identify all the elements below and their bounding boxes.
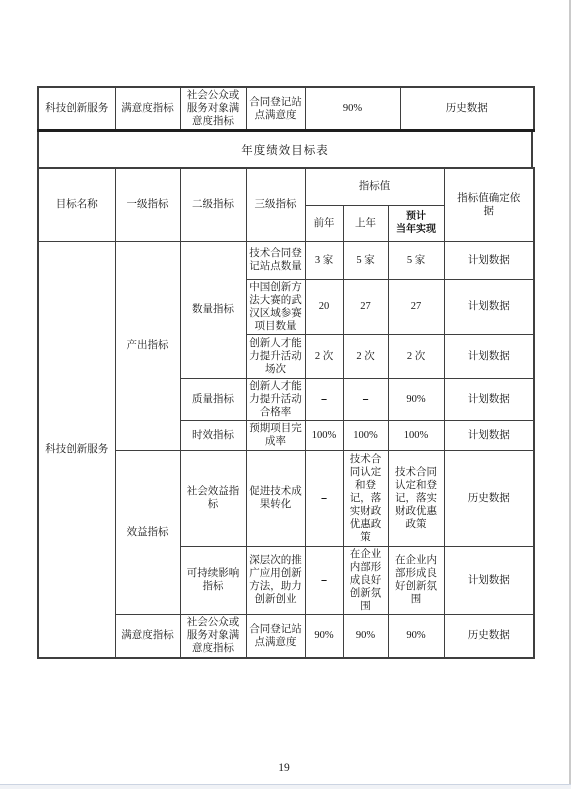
- cell-level2-timeliness: 时效指标: [180, 420, 246, 450]
- cell-basis: 计划数据: [444, 334, 534, 378]
- table-row: 科技创新服务 产出指标 数量指标 技术合同登记站点数量 3 家 5 家 5 家 …: [38, 241, 534, 279]
- cell-basis: 计划数据: [444, 378, 534, 420]
- cell-y1: –: [305, 546, 343, 614]
- cell-basis: 历史数据: [444, 614, 534, 658]
- cell-level3-indicator: 合同登记站点满意度: [246, 87, 305, 131]
- cell-level2-satisfaction: 社会公众或服务对象满意度指标: [180, 614, 246, 658]
- cell-y3: 在企业内部形成良好创新氛围: [388, 546, 444, 614]
- cell-y2: 100%: [343, 420, 388, 450]
- cell-level1-satisfaction: 满意度指标: [115, 614, 180, 658]
- cell-level2-indicator: 社会公众或服务对象满意度指标: [180, 87, 246, 131]
- cell-level3: 合同登记站点满意度: [246, 614, 305, 658]
- cell-goal-name: 科技创新服务: [38, 241, 115, 658]
- cell-goal-name: 科技创新服务: [38, 87, 115, 131]
- cell-level3: 技术合同登记站点数量: [246, 241, 305, 279]
- cell-y2: 在企业内部形成良好创新氛围: [343, 546, 388, 614]
- cell-basis: 计划数据: [444, 546, 534, 614]
- cell-y1: –: [305, 450, 343, 546]
- cell-basis: 计划数据: [444, 241, 534, 279]
- cell-level3: 深层次的推广应用创新方法，助力创新创业: [246, 546, 305, 614]
- cell-y3: 90%: [388, 378, 444, 420]
- cell-y2: 5 家: [343, 241, 388, 279]
- header-value-basis: 指标值确定依据: [444, 168, 534, 241]
- cell-level1-indicator: 满意度指标: [115, 87, 180, 131]
- cell-y2: 2 次: [343, 334, 388, 378]
- annual-table-title-text: 年度绩效目标表: [241, 142, 329, 158]
- cell-y3: 100%: [388, 420, 444, 450]
- cell-y2: 技术合同认定和登记，落实财政优惠政策: [343, 450, 388, 546]
- cell-level3: 中国创新方法大赛的武汉区域参赛项目数量: [246, 279, 305, 334]
- cell-level3: 促进技术成果转化: [246, 450, 305, 546]
- cell-level2-social-benefit: 社会效益指标: [180, 450, 246, 546]
- cell-level3: 预期项目完成率: [246, 420, 305, 450]
- header-indicator-value-group: 指标值: [305, 168, 444, 205]
- header-level3: 三级指标: [246, 168, 305, 241]
- annual-performance-table: 目标名称 一级指标 二级指标 三级指标 指标值 指标值确定依据 前年 上年 预计…: [37, 167, 535, 659]
- cell-basis: 计划数据: [444, 420, 534, 450]
- page-number: 19: [0, 762, 568, 774]
- header-goal-name: 目标名称: [38, 168, 115, 241]
- header-year-before-last: 前年: [305, 205, 343, 241]
- cell-y3: 5 家: [388, 241, 444, 279]
- annual-table-title: 年度绩效目标表: [37, 132, 533, 167]
- cell-indicator-value: 90%: [305, 87, 400, 131]
- table-row: 科技创新服务 满意度指标 社会公众或服务对象满意度指标 合同登记站点满意度 90…: [38, 87, 534, 131]
- cell-level2-sustainability: 可持续影响指标: [180, 546, 246, 614]
- cell-level1-benefit: 效益指标: [115, 450, 180, 614]
- header-expected-current-year: 预计 当年实现: [388, 205, 444, 241]
- cell-y1: 2 次: [305, 334, 343, 378]
- cell-level2-quantity: 数量指标: [180, 241, 246, 378]
- cell-y3: 技术合同认定和登记，落实财政优惠政策: [388, 450, 444, 546]
- table-header-row: 目标名称 一级指标 二级指标 三级指标 指标值 指标值确定依据: [38, 168, 534, 205]
- document-page: 科技创新服务 满意度指标 社会公众或服务对象满意度指标 合同登记站点满意度 90…: [0, 0, 571, 789]
- cell-y1: –: [305, 378, 343, 420]
- cell-y3: 27: [388, 279, 444, 334]
- cell-y3: 90%: [388, 614, 444, 658]
- cell-value-basis: 历史数据: [400, 87, 534, 131]
- header-last-year: 上年: [343, 205, 388, 241]
- cell-y2: 90%: [343, 614, 388, 658]
- header-level2: 二级指标: [180, 168, 246, 241]
- cell-y1: 3 家: [305, 241, 343, 279]
- cell-y1: 100%: [305, 420, 343, 450]
- cell-y1: 20: [305, 279, 343, 334]
- header-level1: 一级指标: [115, 168, 180, 241]
- cell-level3: 创新人才能力提升活动合格率: [246, 378, 305, 420]
- prev-page-table-continuation: 科技创新服务 满意度指标 社会公众或服务对象满意度指标 合同登记站点满意度 90…: [37, 86, 535, 132]
- performance-table-wrap: 科技创新服务 满意度指标 社会公众或服务对象满意度指标 合同登记站点满意度 90…: [37, 86, 533, 659]
- cell-level1-output: 产出指标: [115, 241, 180, 450]
- cell-y2: 27: [343, 279, 388, 334]
- cell-basis: 历史数据: [444, 450, 534, 546]
- cell-basis: 计划数据: [444, 279, 534, 334]
- cell-level3: 创新人才能力提升活动场次: [246, 334, 305, 378]
- cell-y1: 90%: [305, 614, 343, 658]
- cell-y2: –: [343, 378, 388, 420]
- page-bottom-edge-line: [0, 784, 571, 789]
- cell-level2-quality: 质量指标: [180, 378, 246, 420]
- cell-y3: 2 次: [388, 334, 444, 378]
